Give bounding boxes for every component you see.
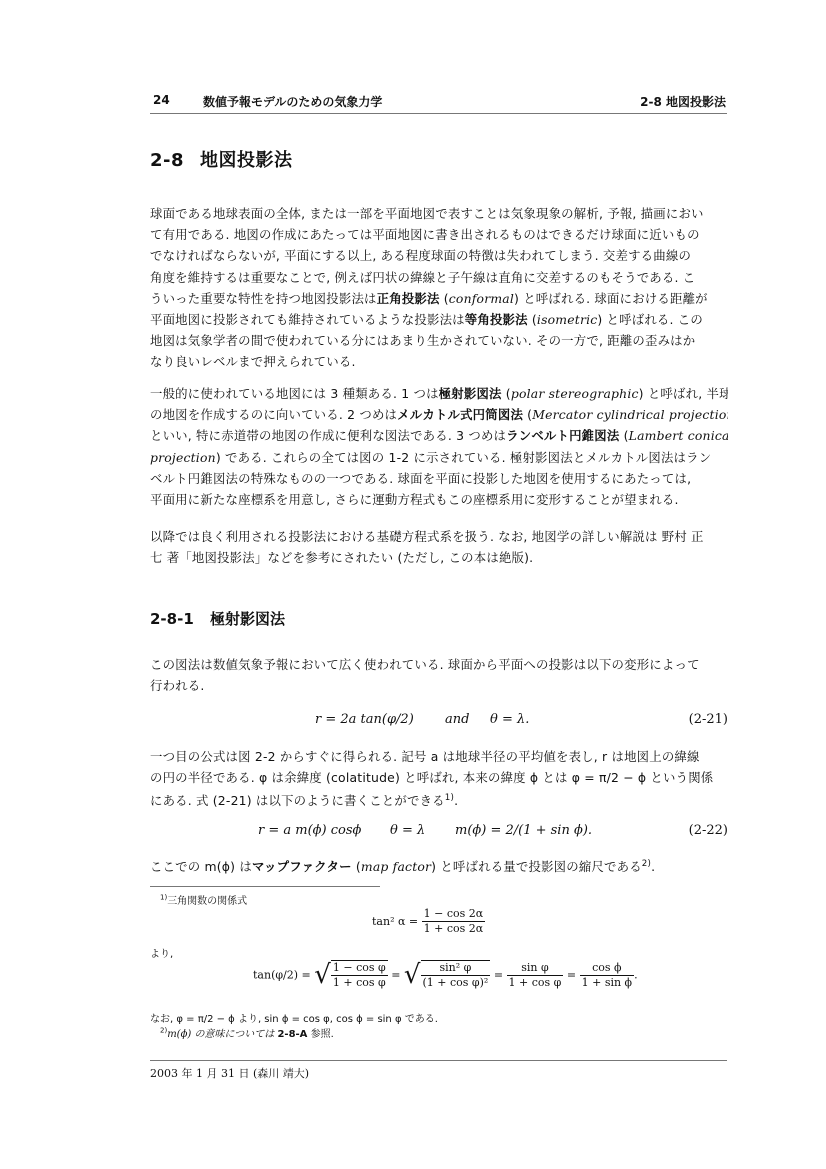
equation-2-21: r = 2a tan(φ/2) and θ = λ. (2-21) — [150, 712, 728, 732]
subsection-title-text: 極射影図法 — [210, 610, 285, 628]
header-rule — [150, 113, 727, 114]
text-line: 以降では良く利用される投影法における基礎方程式系を扱う. なお, 地図学の詳しい… — [150, 526, 728, 547]
section-ref-2-8-a[interactable]: 2-8-A — [277, 1029, 307, 1040]
subsection-number: 2-8-1 — [150, 610, 210, 628]
footer-rule — [150, 1060, 727, 1061]
text-line: の円の半径である. φ は余緯度 (colatitude) と呼ばれ, 本来の緯… — [150, 767, 728, 788]
text-line: 一般的に使われている地図には 3 種類ある. 1 つは極射影図法 (polar … — [150, 383, 728, 404]
fraction: 1 − cos 2α1 + cos 2α — [422, 907, 486, 936]
equation-rhs: θ = λ. — [490, 712, 529, 727]
text-line: なり良いレベルまで押えられている. — [150, 351, 728, 372]
section-number: 2-8 — [150, 150, 200, 171]
paragraph-polar-intro: この図法は数値気象予報において広く使われている. 球面から平面への投影は以下の変… — [150, 654, 728, 696]
header-section-label: 2-8 地図投影法 — [640, 93, 726, 110]
equation-and: and — [445, 712, 469, 727]
text-line: て有用である. 地図の作成にあたっては平面地図に書き出されるものはできるだけ球面… — [150, 224, 728, 245]
term-polar-stereographic: 極射影図法 — [439, 386, 502, 401]
footnote-1-equation-a: tan² α = 1 − cos 2α1 + cos 2α — [372, 907, 485, 936]
term-map-factor: マップファクター — [252, 859, 352, 874]
section-title: 2-8地図投影法 — [150, 146, 293, 172]
text-line: ベルト円錐図法の特殊なものの一つである. 球面を平面に投影した地図を使用するにあ… — [150, 468, 728, 489]
paragraph-map-factor: ここでの m(ϕ) はマップファクター (map factor) と呼ばれる量で… — [150, 854, 728, 877]
footer-date-author: 2003 年 1 月 31 日 (森川 靖大) — [150, 1065, 309, 1081]
text-line: 一つ目の公式は図 2-2 からすぐに得られる. 記号 a は地球半径の平均値を表… — [150, 746, 728, 767]
sqrt: √sin² φ(1 + cos φ)² — [404, 960, 490, 990]
term-isometric: 等角投影法 — [465, 312, 528, 327]
equation-2-22: r = a m(ϕ) cosϕ θ = λ m(ϕ) = 2/(1 + sin … — [150, 823, 728, 843]
paragraph-reference: 以降では良く利用される投影法における基礎方程式系を扱う. なお, 地図学の詳しい… — [150, 526, 728, 568]
text-line: ここでの m(ϕ) はマップファクター (map factor) と呼ばれる量で… — [150, 854, 728, 877]
running-header: 24 数値予報モデルのための気象力学 2-8 地図投影法 — [150, 93, 726, 113]
text-line: 平面用に新たな座標系を用意し, さらに運動方程式もこの座標系用に変形することが望… — [150, 489, 728, 510]
paragraph-projection-types: 一般的に使われている地図には 3 種類ある. 1 つは極射影図法 (polar … — [150, 383, 728, 510]
equation-number: (2-21) — [689, 712, 728, 727]
footnote-1-label: 1)三角関数の関係式 — [160, 892, 247, 907]
text-line: この図法は数値気象予報において広く使われている. 球面から平面への投影は以下の変… — [150, 654, 728, 675]
page-number: 24 — [153, 93, 170, 107]
footnote-ref-1[interactable]: 1) — [445, 793, 454, 803]
fraction: cos ϕ1 + sin ϕ — [580, 961, 634, 990]
footnote-2: 2)m(ϕ) の意味については 2-8-A 参照. — [160, 1025, 334, 1040]
paragraph-intro: 球面である地球表面の全体, または一部を平面地図で表すことは気象現象の解析, 予… — [150, 203, 728, 373]
text-line: ういった重要な特性を持つ地図投影法は正角投影法 (conformal) と呼ばれ… — [150, 288, 728, 309]
term-conformal: 正角投影法 — [377, 291, 440, 306]
paragraph-formula-explanation: 一つ目の公式は図 2-2 からすぐに得られる. 記号 a は地球半径の平均値を表… — [150, 746, 728, 812]
equation-number: (2-22) — [689, 823, 728, 838]
fraction: sin φ1 + cos φ — [507, 961, 564, 990]
footnote-1-equation-b: tan(φ/2) = √1 − cos φ1 + cos φ = √sin² φ… — [253, 960, 638, 990]
section-title-text: 地図投影法 — [200, 150, 293, 171]
text-line: projection) である. これらの全ては図の 1-2 に示されている. … — [150, 447, 728, 468]
text-line: 行われる. — [150, 675, 728, 696]
equation-lhs: r = 2a tan(φ/2) — [315, 712, 414, 727]
document-page: 24 数値予報モデルのための気象力学 2-8 地図投影法 2-8地図投影法 球面… — [0, 0, 826, 1169]
footnote-rule — [150, 886, 380, 887]
term-lambert: ランベルト円錐図法 — [506, 428, 619, 443]
footnote-ref-2[interactable]: 2) — [642, 859, 651, 869]
book-title: 数値予報モデルのための気象力学 — [203, 93, 382, 110]
sqrt: √1 − cos φ1 + cos φ — [314, 960, 387, 990]
equation-part: m(ϕ) = 2/(1 + sin ϕ). — [455, 823, 592, 838]
equation-part: θ = λ — [390, 823, 425, 838]
text-line: 角度を維持するは重要なことで, 例えば円状の緯線と子午線は直角に交差するのもそう… — [150, 267, 728, 288]
footnote-1-note: なお, φ = π/2 − ϕ より, sin ϕ = cos φ, cos ϕ… — [150, 1010, 438, 1025]
text-line: の地図を作成するのに向いている. 2 つめはメルカトル式円筒図法 (Mercat… — [150, 404, 728, 425]
text-line: でなければならないが, 平面にする以上, ある程度球面の特徴は失われてしまう. … — [150, 245, 728, 266]
text-line: 平面地図に投影されても維持されているような投影法は等角投影法 (isometri… — [150, 309, 728, 330]
text-line: にある. 式 (2-21) は以下のように書くことができる1). — [150, 788, 728, 811]
text-line: といい, 特に赤道帯の地図の作成に便利な図法である. 3 つめはランベルト円錐図… — [150, 425, 728, 446]
subsection-title: 2-8-1極射影図法 — [150, 608, 285, 629]
equation-part: r = a m(ϕ) cosϕ — [258, 823, 361, 838]
text-line: 球面である地球表面の全体, または一部を平面地図で表すことは気象現象の解析, 予… — [150, 203, 728, 224]
text-line: 七 著「地図投影法」などを参考にされたい (ただし, この本は絶版). — [150, 547, 728, 568]
text-line: 地図は気象学者の間で使われている分にはあまり生かされていない. その一方で, 距… — [150, 330, 728, 351]
term-mercator: メルカトル式円筒図法 — [397, 407, 523, 422]
footnote-1-yori: より, — [150, 945, 173, 960]
